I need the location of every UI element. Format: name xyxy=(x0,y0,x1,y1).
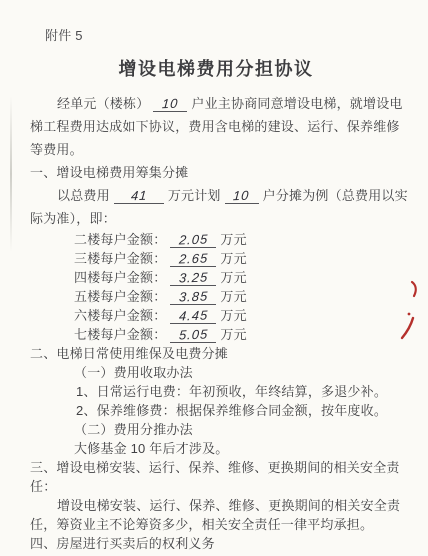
document-body: 附件 5 增设电梯费用分担协议 经单元（楼栋）10户业主协商同意增设电梯，就增设… xyxy=(30,26,402,553)
floor-label: 二楼每户金额： xyxy=(74,232,166,247)
total-line-1: 以总费用41万元计划10户分摊为例（总费用以实 xyxy=(30,184,402,207)
floor-label: 三楼每户金额： xyxy=(74,251,166,266)
floor-label: 六楼每户金额： xyxy=(74,308,166,323)
total-mid: 万元计划 xyxy=(168,188,221,203)
floor-row-4f: 四楼每户金额：3.25万元 xyxy=(30,268,402,287)
floor-row-7f: 七楼每户金额：5.05万元 xyxy=(30,325,402,344)
red-pen-mark-comma xyxy=(412,282,416,296)
handwritten-amount-4f: 3.25 xyxy=(178,269,208,285)
section3-body-line1: 增设电梯安装、运行、保养、维修、更换期间的相关安全责 xyxy=(30,496,402,515)
floor-label: 七楼每户金额： xyxy=(74,327,166,342)
handwritten-amount-2f: 2.05 xyxy=(178,231,208,247)
intro-paragraph: 经单元（楼栋）10户业主协商同意增设电梯，就增设电 梯工程费用达成如下协议，费用… xyxy=(30,92,402,161)
handwritten-amount-blank: 3.85 xyxy=(170,289,216,305)
floor-unit: 万元 xyxy=(220,251,246,266)
intro-line-1: 经单元（楼栋）10户业主协商同意增设电梯，就增设电 xyxy=(30,92,402,115)
handwritten-amount-6f: 4.45 xyxy=(178,307,208,323)
section2-item1: 1、日常运行电费：年初预收，年终结算，多退少补。 xyxy=(30,382,402,401)
section2-heading: 二、电梯日常使用维保及电费分摊 xyxy=(30,344,402,363)
handwritten-amount-blank: 3.25 xyxy=(170,270,216,286)
floor-row-2f: 二楼每户金额：2.05万元 xyxy=(30,230,402,249)
handwritten-households: 10 xyxy=(233,188,251,204)
handwritten-total-cost: 41 xyxy=(130,188,148,204)
floor-unit: 万元 xyxy=(220,308,246,323)
handwritten-total-cost-blank: 41 xyxy=(114,188,164,204)
section2-sub1: （一）费用收取办法 xyxy=(30,363,402,382)
section1-total: 以总费用41万元计划10户分摊为例（总费用以实 际为准），即： xyxy=(30,184,402,230)
section2-sub2: （二）费用分推办法 xyxy=(30,420,402,439)
intro-line1-post: 户业主协商同意增设电梯，就增设电 xyxy=(191,96,402,111)
floor-unit: 万元 xyxy=(220,327,246,342)
scanned-agreement-page: 附件 5 增设电梯费用分担协议 经单元（楼栋）10户业主协商同意增设电梯，就增设… xyxy=(0,0,428,556)
floor-row-6f: 六楼每户金额：4.45万元 xyxy=(30,306,402,325)
attachment-label: 附件 5 xyxy=(30,26,402,46)
intro-line-2: 梯工程费用达成如下协议，费用含电梯的建设、运行、保养维修 xyxy=(30,115,402,138)
section4-heading: 四、房屋进行买卖后的权利义务 xyxy=(30,534,402,553)
floor-unit: 万元 xyxy=(220,270,246,285)
handwritten-amount-5f: 3.85 xyxy=(178,288,208,304)
red-pen-mark-slash xyxy=(402,318,413,338)
total-post: 户分摊为例（总费用以实 xyxy=(263,188,408,203)
section2: 二、电梯日常使用维保及电费分摊 （一）费用收取办法 1、日常运行电费：年初预收，… xyxy=(30,344,402,458)
floor-row-3f: 三楼每户金额：2.65万元 xyxy=(30,249,402,268)
handwritten-household-count: 10 xyxy=(162,96,180,112)
red-pen-mark-dot xyxy=(408,313,411,316)
floor-amount-list: 二楼每户金额：2.05万元 三楼每户金额：2.65万元 四楼每户金额：3.25万… xyxy=(30,230,402,344)
document-title: 增设电梯费用分担协议 xyxy=(30,54,402,84)
handwritten-amount-7f: 5.05 xyxy=(178,326,208,342)
handwritten-amount-blank: 5.05 xyxy=(170,327,216,343)
total-line-2: 际为准），即： xyxy=(30,207,402,230)
section3-body-line2: 任，筹资业主不论筹资多少，相关安全责任一律平均承担。 xyxy=(30,515,402,534)
total-pre: 以总费用 xyxy=(57,188,110,203)
floor-label: 四楼每户金额： xyxy=(74,270,166,285)
handwritten-household-count-blank: 10 xyxy=(153,96,187,112)
section2-item2: 2、保养维修费：根据保养维修合同金额，按年度收。 xyxy=(30,401,402,420)
section3-heading-line1: 三、增设电梯安装、运行、保养、维修、更换期间的相关安全责 xyxy=(30,458,402,477)
handwritten-households-blank: 10 xyxy=(225,188,259,204)
intro-line-3: 等费用。 xyxy=(30,138,402,161)
handwritten-amount-blank: 2.05 xyxy=(170,232,216,248)
section3: 三、增设电梯安装、运行、保养、维修、更换期间的相关安全责 任： 增设电梯安装、运… xyxy=(30,458,402,534)
handwritten-amount-blank: 2.65 xyxy=(170,251,216,267)
handwritten-amount-3f: 2.65 xyxy=(178,250,208,266)
section3-heading-line2: 任： xyxy=(30,477,402,496)
section2-note: 大修基金 10 年后才涉及。 xyxy=(30,439,402,458)
intro-line1-pre: 经单元（楼栋） xyxy=(57,96,149,111)
floor-row-5f: 五楼每户金额：3.85万元 xyxy=(30,287,402,306)
handwritten-amount-blank: 4.45 xyxy=(170,308,216,324)
red-pen-marks xyxy=(398,276,424,342)
floor-label: 五楼每户金额： xyxy=(74,289,166,304)
floor-unit: 万元 xyxy=(220,232,246,247)
section1-heading: 一、增设电梯费用筹集分摊 xyxy=(30,161,402,184)
scan-edge-shadow xyxy=(10,96,12,252)
floor-unit: 万元 xyxy=(220,289,246,304)
